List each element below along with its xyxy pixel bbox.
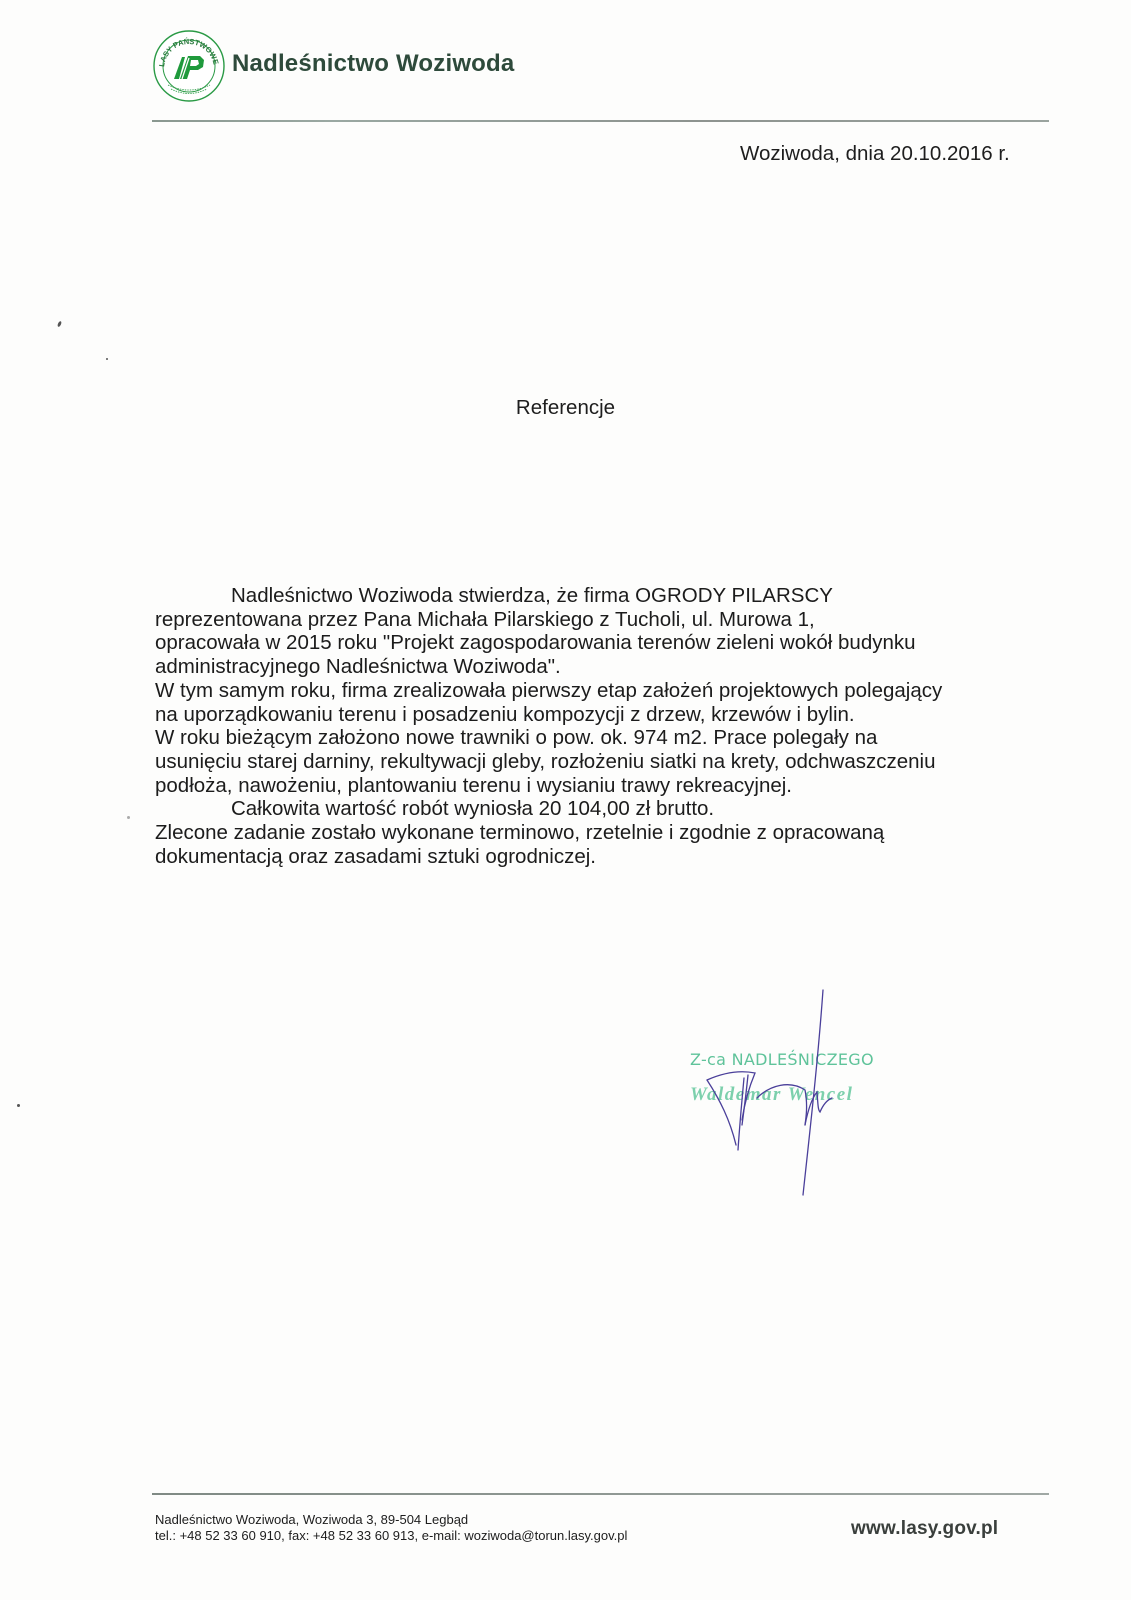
signatory-stamp: Z-ca NADLEŚNICZEGO Waldemar Wencel	[690, 1050, 910, 1150]
body-line: usunięciu starej darniny, rekultywacji g…	[155, 750, 1055, 774]
body-line: administracyjnego Nadleśnictwa Woziwoda"…	[155, 655, 1055, 679]
scan-speck	[127, 816, 130, 819]
scan-speck	[17, 1104, 20, 1107]
stamp-name: Waldemar Wencel	[690, 1084, 853, 1106]
body-line: na uporządkowaniu terenu i posadzeniu ko…	[155, 703, 1055, 727]
footer-website-link[interactable]: www.lasy.gov.pl	[851, 1518, 998, 1540]
footer-contact-line: tel.: +48 52 33 60 910, fax: +48 52 33 6…	[155, 1528, 627, 1544]
footer-divider	[152, 1493, 1049, 1495]
body-line: Całkowita wartość robót wyniosła 20 104,…	[155, 797, 1055, 821]
header-divider	[152, 120, 1049, 122]
body-line: Nadleśnictwo Woziwoda stwierdza, że firm…	[155, 584, 1055, 608]
letterhead: LASY PAŃSTWOWE Nadleśnictwo Woziwoda	[152, 26, 514, 106]
letter-body: Nadleśnictwo Woziwoda stwierdza, że firm…	[155, 584, 1055, 868]
lasy-panstwowe-logo-icon: LASY PAŃSTWOWE	[152, 29, 226, 103]
body-line: opracowała w 2015 roku "Projekt zagospod…	[155, 631, 1055, 655]
body-line: W roku bieżącym założono nowe trawniki o…	[155, 726, 1055, 750]
scan-speck	[106, 358, 108, 360]
date-line: Woziwoda, dnia 20.10.2016 r.	[740, 142, 1010, 166]
body-line: podłoża, nawożeniu, plantowaniu terenu i…	[155, 774, 1055, 798]
body-line: Zlecone zadanie zostało wykonane termino…	[155, 821, 1055, 845]
body-line: reprezentowana przez Pana Michała Pilars…	[155, 608, 1055, 632]
footer-address-line: Nadleśnictwo Woziwoda, Woziwoda 3, 89-50…	[155, 1512, 627, 1528]
body-line: W tym samym roku, firma zrealizowała pie…	[155, 679, 1055, 703]
body-line: dokumentacją oraz zasadami sztuki ogrodn…	[155, 845, 1055, 869]
scan-speck	[57, 321, 62, 328]
footer-contact: Nadleśnictwo Woziwoda, Woziwoda 3, 89-50…	[155, 1512, 627, 1544]
organization-name: Nadleśnictwo Woziwoda	[232, 50, 514, 78]
stamp-role: Z-ca NADLEŚNICZEGO	[690, 1050, 874, 1069]
document-title: Referencje	[0, 396, 1131, 420]
letter-page: LASY PAŃSTWOWE Nadleśnictwo Woziwoda Woz…	[0, 0, 1131, 1600]
